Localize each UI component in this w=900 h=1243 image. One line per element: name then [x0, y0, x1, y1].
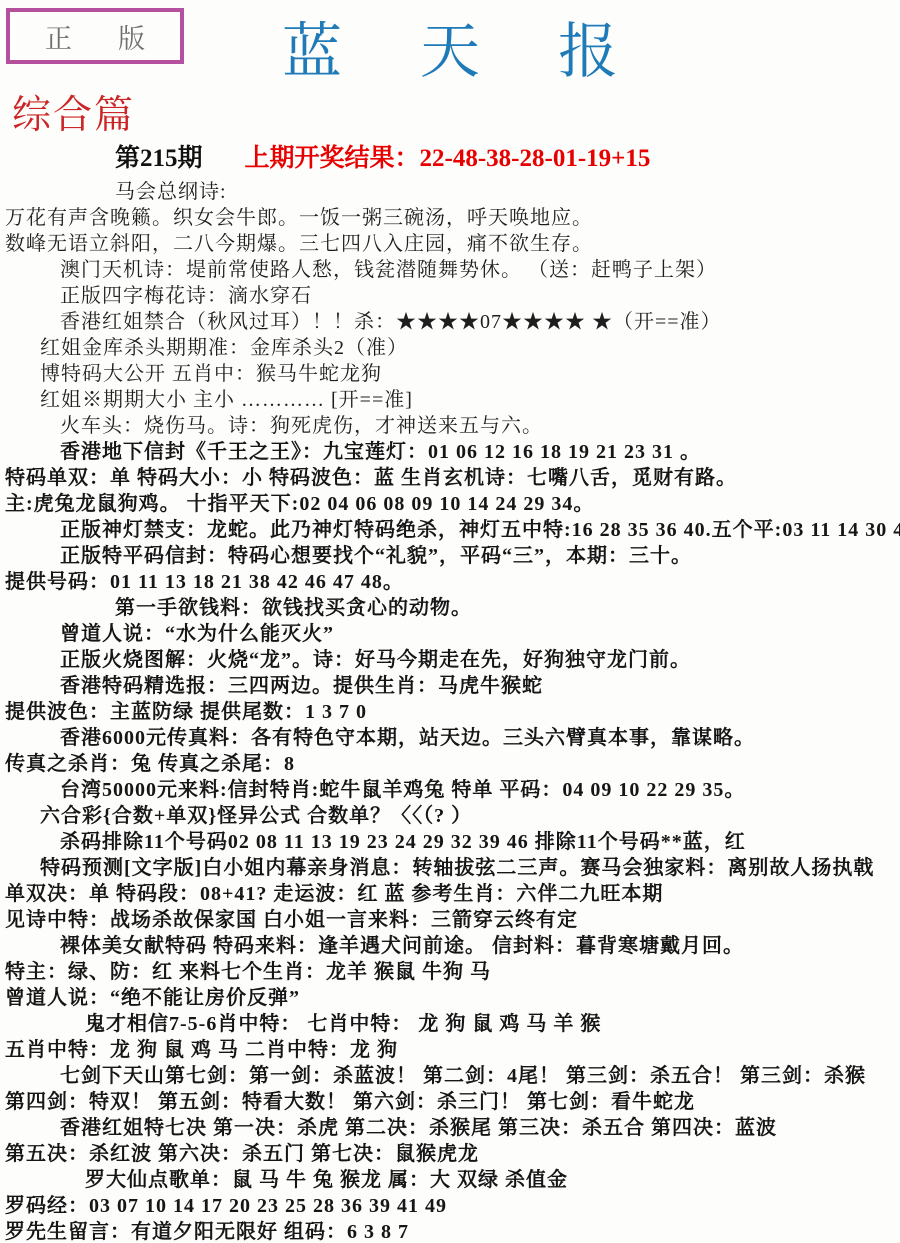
- text-line: 提供号码：01 11 13 18 21 38 42 46 47 48。: [0, 569, 900, 595]
- text-line: 主:虎兔龙鼠狗鸡。 十指平天下:02 04 06 08 09 10 14 24 …: [0, 491, 900, 517]
- report-body: 马会总纲诗:万花有声含晚籁。织女会牛郎。一饭一粥三碗汤，呼天唤地应。数峰无语立斜…: [0, 179, 900, 1243]
- text-line: 万花有声含晚籁。织女会牛郎。一饭一粥三碗汤，呼天唤地应。: [0, 205, 900, 231]
- text-line: 红姐※期期大小 主小 ………… [开==准]: [0, 387, 900, 413]
- text-line: 台湾50000元来料:信封特肖:蛇牛鼠羊鸡兔 特单 平码：04 09 10 22…: [0, 777, 900, 803]
- text-line: 七剑下天山第七剑：第一剑：杀蓝波！ 第二剑：4尾！ 第三剑：杀五合！ 第三剑：杀…: [0, 1063, 900, 1089]
- text-line: 裸体美女献特码 特码来料：逢羊遇犬问前途。 信封料：暮背寒塘戴月回。: [0, 933, 900, 959]
- text-line: 博特码大公开 五肖中：猴马牛蛇龙狗: [0, 361, 900, 387]
- text-line: 第一手欲钱料：欲钱找买贪心的动物。: [0, 595, 900, 621]
- text-line: 香港地下信封《千王之王》：九宝莲灯：01 06 12 16 18 19 21 2…: [0, 439, 900, 465]
- text-line: 正版火烧图解：火烧“龙”。诗：好马今期走在先，好狗独守龙门前。: [0, 647, 900, 673]
- text-line: 罗大仙点歌单：鼠 马 牛 兔 猴龙 属：大 双绿 杀值金: [0, 1167, 900, 1193]
- text-line: 特主：绿、防：红 来料七个生肖：龙羊 猴鼠 牛狗 马: [0, 959, 900, 985]
- text-line: 第五决：杀红波 第六决：杀五门 第七决：鼠猴虎龙: [0, 1141, 900, 1167]
- text-line: 澳门天机诗：堤前常使路人愁，钱瓫潜随舞势休。 （送：赶鸭子上架）: [0, 257, 900, 283]
- text-line: 罗先生留言：有道夕阳无限好 组码：6 3 8 7: [0, 1219, 900, 1243]
- text-line: 特码预测[文字版]白小姐内幕亲身消息：转轴拔弦二三声。赛马会独家料：离别故人扬执…: [0, 855, 900, 881]
- text-line: 正版特平码信封：特码心想要找个“礼貌”，平码“三”，本期：三十。: [0, 543, 900, 569]
- text-line: 鬼才相信7-5-6肖中特： 七肖中特： 龙 狗 鼠 鸡 马 羊 猴: [0, 1011, 900, 1037]
- text-line: 正版四字梅花诗：滴水穿石: [0, 283, 900, 309]
- text-line: 特码单双：单 特码大小：小 特码波色：蓝 生肖玄机诗：七嘴八舌，觅财有路。: [0, 465, 900, 491]
- text-line: 第四剑：特双！ 第五剑：特看大数！ 第六剑：杀三门！ 第七剑：看牛蛇龙: [0, 1089, 900, 1115]
- text-line: 香港特码精选报：三四两边。提供生肖：马虎牛猴蛇: [0, 673, 900, 699]
- text-line: 火车头：烧伤马。诗：狗死虎伤，才神送来五与六。: [0, 413, 900, 439]
- text-line: 传真之杀肖：兔 传真之杀尾：8: [0, 751, 900, 777]
- text-line: 香港红姐特七决 第一决：杀虎 第二决：杀猴尾 第三决：杀五合 第四决：蓝波: [0, 1115, 900, 1141]
- text-line: 数峰无语立斜阳，二八今期爆。三七四八入庄园，痛不欲生存。: [0, 231, 900, 257]
- text-line: 见诗中特：战场杀故保家国 白小姐一言来料：三箭穿云终有定: [0, 907, 900, 933]
- text-line: 提供波色：主蓝防绿 提供尾数：1 3 7 0: [0, 699, 900, 725]
- text-line: 香港红姐禁合（秋风过耳）！！杀：★★★★07★★★★ ★（开==准）: [0, 309, 900, 335]
- text-line: 红姐金库杀头期期准：金库杀头2（准）: [0, 335, 900, 361]
- text-line: 杀码排除11个号码02 08 11 13 19 23 24 29 32 39 4…: [0, 829, 900, 855]
- issue-row: 第215期上期开奖结果：22-48-38-28-01-19+15: [115, 145, 900, 173]
- text-line: 香港6000元传真料：各有特色守本期，站天边。三头六臂真本事，靠谋略。: [0, 725, 900, 751]
- edition-label: 正版: [0, 17, 191, 56]
- edition-badge: 正版: [6, 8, 184, 64]
- text-line: 六合彩{合数+单双}怪异公式 合数单？〈〈（? ）: [0, 803, 900, 829]
- text-line: 正版神灯禁支：龙蛇。此乃神灯特码绝杀，神灯五中特:16 28 35 36 40.…: [0, 517, 900, 543]
- text-line: 单双决：单 特码段：08+41? 走运波：红 蓝 参考生肖：六伴二九旺本期: [0, 881, 900, 907]
- text-line: 曾道人说：“水为什么能灭火”: [0, 621, 900, 647]
- text-line: 五肖中特：龙 狗 鼠 鸡 马 二肖中特：龙 狗: [0, 1037, 900, 1063]
- text-line: 罗码经：03 07 10 14 17 20 23 25 28 36 39 41 …: [0, 1193, 900, 1219]
- text-line: 马会总纲诗:: [0, 179, 900, 205]
- text-line: 曾道人说：“绝不能让房价反弹”: [0, 985, 900, 1011]
- issue-number: 第215期: [115, 145, 203, 172]
- section-title: 综合篇: [0, 82, 900, 135]
- last-draw-result: 上期开奖结果：22-48-38-28-01-19+15: [245, 145, 651, 172]
- blue-sky-report-page: 正版 蓝天报 综合篇 第215期上期开奖结果：22-48-38-28-01-19…: [0, 0, 900, 1243]
